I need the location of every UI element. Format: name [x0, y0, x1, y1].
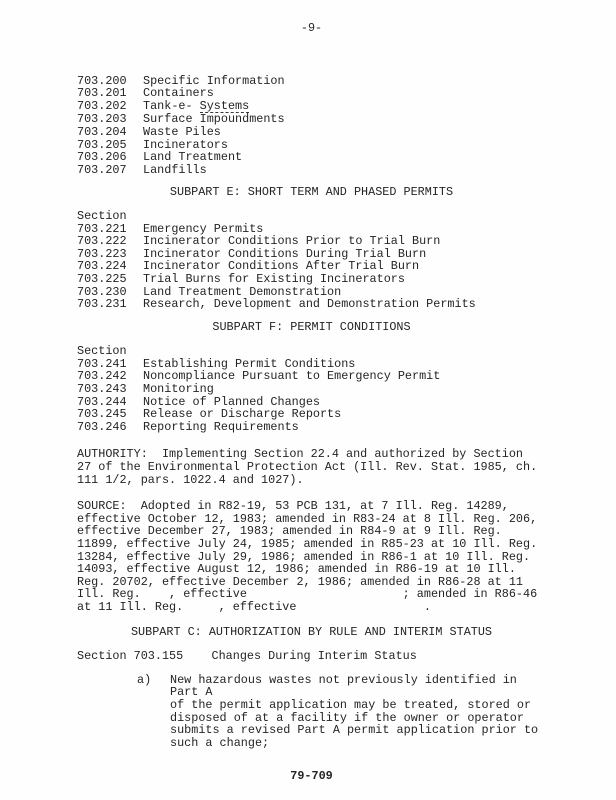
section-number: 703.246 — [77, 421, 143, 434]
item-a-text: New hazardous wastes not previously iden… — [170, 674, 546, 750]
section-title: Land Treatment — [143, 151, 242, 164]
toc-row: 703.204Waste Piles — [77, 126, 546, 139]
toc-row: 703.202Tank-e- Systems — [77, 100, 546, 114]
section-number: 703.202 — [77, 100, 143, 114]
toc-row: 703.246Reporting Requirements — [77, 421, 546, 434]
section-703-155-line: Section 703.155 Changes During Interim S… — [77, 650, 546, 663]
section-number: 703.243 — [77, 383, 143, 396]
section-title: Tank-e- — [143, 100, 200, 114]
section-number: 703.204 — [77, 126, 143, 139]
section-title-underlined: Systems — [200, 100, 250, 114]
page-number-footer: 79-709 — [77, 770, 546, 783]
toc-row: 703.222Incinerator Conditions Prior to T… — [77, 235, 546, 248]
subpart-e-heading: SUBPART E: SHORT TERM AND PHASED PERMITS — [77, 186, 546, 199]
toc-row: 703.206Land Treatment — [77, 151, 546, 164]
subpart-f-list: 703.241Establishing Permit Conditions 70… — [77, 358, 546, 434]
toc-row: 703.201Containers — [77, 87, 546, 100]
section-title: Monitoring — [143, 383, 214, 396]
section-number: 703.201 — [77, 87, 143, 100]
section-title: Containers — [143, 87, 214, 100]
item-a-marker: a) — [137, 674, 170, 750]
section-number: 703.245 — [77, 408, 143, 421]
section-number: 703.225 — [77, 273, 143, 286]
section-title: Release or Discharge Reports — [143, 408, 341, 421]
source-paragraph: SOURCE: Adopted in R82-19, 53 PCB 131, a… — [77, 500, 546, 613]
toc-row: 703.243Monitoring — [77, 383, 546, 396]
item-a: a) New hazardous wastes not previously i… — [77, 674, 546, 750]
toc-row: 703.245Release or Discharge Reports — [77, 408, 546, 421]
section-title: Incinerator Conditions Prior to Trial Bu… — [143, 235, 440, 248]
toc-row: 703.231Research, Development and Demonst… — [77, 298, 546, 311]
section-title: Waste Piles — [143, 126, 221, 139]
subpart-f-section-label: Section — [77, 345, 546, 358]
subpart-f-heading: SUBPART F: PERMIT CONDITIONS — [77, 321, 546, 334]
section-title: Research, Development and Demonstration … — [143, 298, 476, 311]
toc-row: 703.207Landfills — [77, 164, 546, 177]
section-title: Trial Burns for Existing Incinerators — [143, 273, 405, 286]
section-title: Landfills — [143, 164, 207, 177]
document-page: -9- 703.200Specific Information 703.201C… — [0, 0, 616, 800]
section-number: 703.206 — [77, 151, 143, 164]
authority-paragraph: AUTHORITY: Implementing Section 22.4 and… — [77, 448, 546, 486]
section-number: 703.207 — [77, 164, 143, 177]
toc-row: 703.225Trial Burns for Existing Incinera… — [77, 273, 546, 286]
section-number: 703.222 — [77, 235, 143, 248]
section-number: 703.231 — [77, 298, 143, 311]
page-number-top: -9- — [77, 22, 546, 35]
toc-continuation-list: 703.200Specific Information 703.201Conta… — [77, 75, 546, 177]
section-title: Reporting Requirements — [143, 421, 299, 434]
subpart-e-list: 703.221Emergency Permits 703.222Incinera… — [77, 223, 546, 311]
subpart-e-section-label: Section — [77, 210, 546, 223]
subpart-c-heading: SUBPART C: AUTHORIZATION BY RULE AND INT… — [77, 626, 546, 639]
